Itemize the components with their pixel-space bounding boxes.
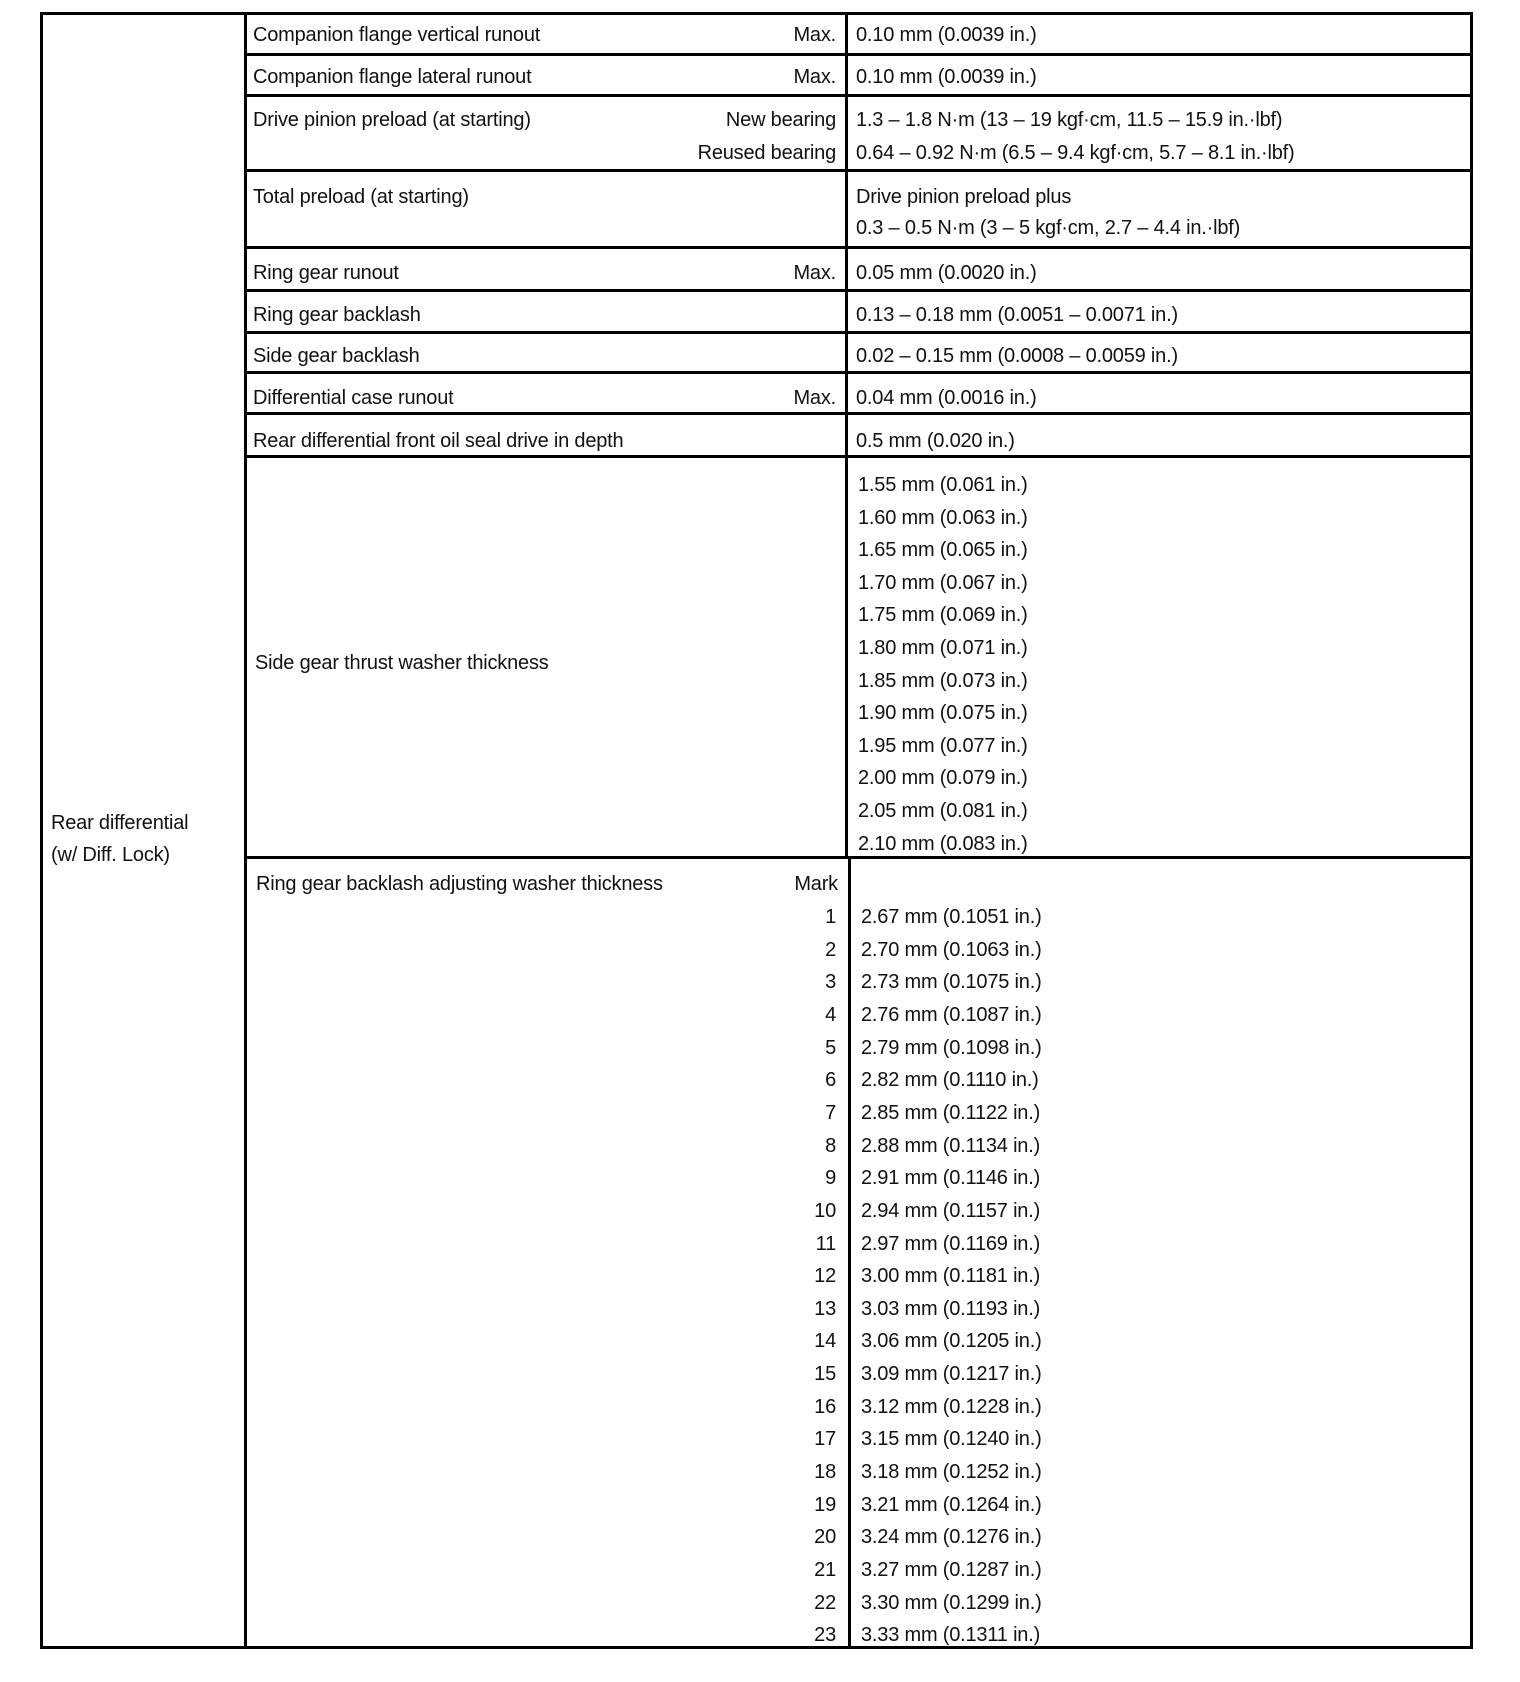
row-divider bbox=[244, 246, 1473, 249]
thrust-washer-value: 1.85 mm (0.073 in.) bbox=[858, 669, 1028, 693]
group-column-divider bbox=[244, 12, 247, 1649]
washer-mark: 16 bbox=[814, 1395, 836, 1419]
washer-thickness: 3.03 mm (0.1193 in.) bbox=[861, 1297, 1040, 1321]
washer-mark: 11 bbox=[816, 1232, 836, 1256]
row-divider bbox=[244, 856, 1473, 859]
washer-thickness: 2.79 mm (0.1098 in.) bbox=[861, 1036, 1042, 1060]
washer-thickness: 2.91 mm (0.1146 in.) bbox=[861, 1166, 1040, 1190]
washer-thickness: 2.73 mm (0.1075 in.) bbox=[861, 970, 1042, 994]
spec-qualifier: Max. bbox=[793, 23, 836, 47]
washer-thickness: 2.88 mm (0.1134 in.) bbox=[861, 1134, 1040, 1158]
spec-value: 0.3 – 0.5 N·m (3 – 5 kgf·cm, 2.7 – 4.4 i… bbox=[856, 216, 1240, 240]
washer-mark: 8 bbox=[825, 1134, 836, 1158]
spec-item-label: Differential case runout bbox=[253, 386, 454, 410]
spec-value: 0.05 mm (0.0020 in.) bbox=[856, 261, 1037, 285]
spec-qualifier: Max. bbox=[793, 65, 836, 89]
washer-thickness: 3.24 mm (0.1276 in.) bbox=[861, 1525, 1042, 1549]
washer-thickness: 2.67 mm (0.1051 in.) bbox=[861, 905, 1042, 929]
washer-thickness: 3.15 mm (0.1240 in.) bbox=[861, 1427, 1042, 1451]
mark-header: Mark bbox=[794, 872, 838, 896]
spec-value: 0.10 mm (0.0039 in.) bbox=[856, 65, 1037, 89]
thrust-washer-value: 1.90 mm (0.075 in.) bbox=[858, 701, 1028, 725]
thrust-washer-value: 1.55 mm (0.061 in.) bbox=[858, 473, 1028, 497]
row-divider bbox=[244, 412, 1473, 415]
washer-thickness: 3.12 mm (0.1228 in.) bbox=[861, 1395, 1042, 1419]
washer-mark: 12 bbox=[814, 1264, 836, 1288]
thrust-washer-value: 2.05 mm (0.081 in.) bbox=[858, 799, 1028, 823]
row-divider bbox=[244, 53, 1473, 56]
backlash-washer-label: Ring gear backlash adjusting washer thic… bbox=[256, 872, 663, 896]
thrust-washer-value: 2.00 mm (0.079 in.) bbox=[858, 766, 1028, 790]
row-divider bbox=[244, 289, 1473, 292]
spec-value: 0.04 mm (0.0016 in.) bbox=[856, 386, 1037, 410]
washer-mark: 21 bbox=[814, 1558, 836, 1582]
washer-thickness: 2.94 mm (0.1157 in.) bbox=[861, 1199, 1040, 1223]
spec-item-label: Companion flange vertical runout bbox=[253, 23, 540, 47]
value-column-divider-lower bbox=[848, 857, 851, 1649]
washer-thickness: 3.33 mm (0.1311 in.) bbox=[861, 1623, 1040, 1647]
thrust-washer-value: 1.70 mm (0.067 in.) bbox=[858, 571, 1028, 595]
washer-thickness: 3.21 mm (0.1264 in.) bbox=[861, 1493, 1042, 1517]
thrust-washer-value: 2.10 mm (0.083 in.) bbox=[858, 832, 1028, 856]
washer-thickness: 3.18 mm (0.1252 in.) bbox=[861, 1460, 1042, 1484]
washer-thickness: 3.09 mm (0.1217 in.) bbox=[861, 1362, 1042, 1386]
washer-mark: 1 bbox=[825, 905, 836, 929]
washer-thickness: 2.70 mm (0.1063 in.) bbox=[861, 938, 1042, 962]
group-label-line-2: (w/ Diff. Lock) bbox=[51, 843, 170, 867]
washer-thickness: 2.85 mm (0.1122 in.) bbox=[861, 1101, 1040, 1125]
washer-thickness: 2.97 mm (0.1169 in.) bbox=[861, 1232, 1040, 1256]
washer-thickness: 3.27 mm (0.1287 in.) bbox=[861, 1558, 1042, 1582]
washer-mark: 17 bbox=[814, 1427, 836, 1451]
washer-mark: 18 bbox=[814, 1460, 836, 1484]
spec-item-label: Rear differential front oil seal drive i… bbox=[253, 429, 623, 453]
spec-qualifier: Max. bbox=[793, 261, 836, 285]
spec-item-label: Ring gear runout bbox=[253, 261, 399, 285]
spec-value: Drive pinion preload plus bbox=[856, 185, 1071, 209]
spec-qualifier: New bearing bbox=[726, 108, 836, 132]
spec-qualifier: Reused bearing bbox=[698, 141, 836, 165]
thrust-washer-value: 1.95 mm (0.077 in.) bbox=[858, 734, 1028, 758]
spec-item-label: Side gear backlash bbox=[253, 344, 420, 368]
washer-mark: 10 bbox=[814, 1199, 836, 1223]
spec-value: 0.10 mm (0.0039 in.) bbox=[856, 23, 1037, 47]
washer-mark: 19 bbox=[814, 1493, 836, 1517]
washer-mark: 6 bbox=[825, 1068, 836, 1092]
row-divider bbox=[244, 371, 1473, 374]
washer-mark: 9 bbox=[825, 1166, 836, 1190]
washer-mark: 15 bbox=[814, 1362, 836, 1386]
thrust-washer-value: 1.80 mm (0.071 in.) bbox=[858, 636, 1028, 660]
spec-item-label: Drive pinion preload (at starting) bbox=[253, 108, 531, 132]
group-label-line-1: Rear differential bbox=[51, 811, 188, 835]
washer-mark: 20 bbox=[814, 1525, 836, 1549]
thrust-washer-label: Side gear thrust washer thickness bbox=[255, 651, 549, 675]
washer-thickness: 3.00 mm (0.1181 in.) bbox=[861, 1264, 1040, 1288]
spec-value: 1.3 – 1.8 N·m (13 – 19 kgf·cm, 11.5 – 15… bbox=[856, 108, 1282, 132]
washer-mark: 2 bbox=[825, 938, 836, 962]
spec-qualifier: Max. bbox=[793, 386, 836, 410]
thrust-washer-value: 1.60 mm (0.063 in.) bbox=[858, 506, 1028, 530]
value-column-divider-upper bbox=[845, 12, 848, 858]
thrust-washer-value: 1.65 mm (0.065 in.) bbox=[858, 538, 1028, 562]
spec-table bbox=[40, 12, 1473, 1649]
washer-mark: 3 bbox=[825, 970, 836, 994]
washer-mark: 23 bbox=[814, 1623, 836, 1647]
spec-value: 0.13 – 0.18 mm (0.0051 – 0.0071 in.) bbox=[856, 303, 1178, 327]
washer-thickness: 2.82 mm (0.1110 in.) bbox=[861, 1068, 1039, 1092]
spec-item-label: Companion flange lateral runout bbox=[253, 65, 531, 89]
row-divider bbox=[244, 94, 1473, 97]
washer-mark: 4 bbox=[825, 1003, 836, 1027]
spec-value: 0.02 – 0.15 mm (0.0008 – 0.0059 in.) bbox=[856, 344, 1178, 368]
spec-item-label: Total preload (at starting) bbox=[253, 185, 469, 209]
washer-thickness: 3.06 mm (0.1205 in.) bbox=[861, 1329, 1042, 1353]
washer-mark: 7 bbox=[825, 1101, 836, 1125]
spec-value: 0.64 – 0.92 N·m (6.5 – 9.4 kgf·cm, 5.7 –… bbox=[856, 141, 1295, 165]
row-divider bbox=[244, 169, 1473, 172]
washer-thickness: 3.30 mm (0.1299 in.) bbox=[861, 1591, 1042, 1615]
washer-mark: 5 bbox=[825, 1036, 836, 1060]
spec-item-label: Ring gear backlash bbox=[253, 303, 421, 327]
washer-mark: 13 bbox=[814, 1297, 836, 1321]
thrust-washer-value: 1.75 mm (0.069 in.) bbox=[858, 603, 1028, 627]
washer-mark: 22 bbox=[814, 1591, 836, 1615]
row-divider bbox=[244, 455, 1473, 458]
row-divider bbox=[244, 331, 1473, 334]
spec-value: 0.5 mm (0.020 in.) bbox=[856, 429, 1015, 453]
washer-thickness: 2.76 mm (0.1087 in.) bbox=[861, 1003, 1042, 1027]
washer-mark: 14 bbox=[814, 1329, 836, 1353]
